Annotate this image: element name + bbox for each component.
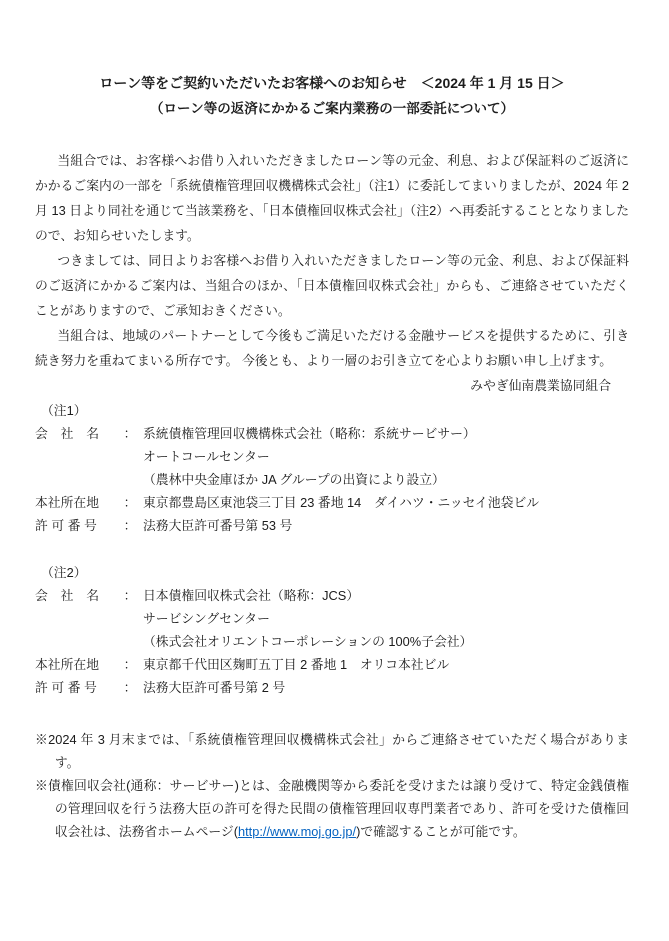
note-2-heading: （注2）: [35, 561, 629, 584]
note-1-license-value: 法務大臣許可番号第 53 号: [143, 514, 629, 537]
note-1-company-label: 会 社 名: [35, 422, 117, 445]
footnote-servicer-definition: ※債権回収会社(通称：サービサー)とは、金融機関等から委託を受けまたは譲り受けて…: [35, 774, 629, 843]
note-1-address-label: 本社所在地: [35, 491, 117, 514]
page-subtitle: （ローン等の返済にかかるご案内業務の一部委託について）: [35, 96, 629, 122]
note-2-center-label: [35, 607, 117, 630]
paragraph-contact-notice: つきましては、同日よりお客様へお借り入れいただきましたローン等の元金、利息、およ…: [35, 248, 629, 323]
note-1-company-colon: ：: [117, 422, 143, 445]
note-1-row-company: 会 社 名 ： 系統債権管理回収機構株式会社（略称：系統サービサー）: [35, 422, 629, 445]
note-1-section: （注1） 会 社 名 ： 系統債権管理回収機構株式会社（略称：系統サービサー） …: [35, 399, 629, 537]
note-2-row-parent: （株式会社オリエントコーポレーションの 100%子会社）: [35, 630, 629, 653]
note-1-company-value: 系統債権管理回収機構株式会社（略称：系統サービサー）: [143, 422, 629, 445]
footnote-servicer-text-post: )で確認することが可能です。: [356, 824, 526, 839]
note-2-company-value: 日本債権回収株式会社（略称：JCS）: [143, 584, 629, 607]
note-2-row-center: サービシングセンター: [35, 607, 629, 630]
signature-organization: みやぎ仙南農業協同組合: [35, 373, 629, 398]
note-1-row-center: オートコールセンター: [35, 445, 629, 468]
note-1-center-label: [35, 445, 117, 468]
paragraph-delegation-notice: 当組合では、お客様へお借り入れいただきましたローン等の元金、利息、および保証料の…: [35, 148, 629, 248]
note-2-row-license: 許 可 番 号 ： 法務大臣許可番号第 2 号: [35, 676, 629, 699]
note-1-center-colon: [117, 445, 143, 468]
note-2-center-value: サービシングセンター: [143, 607, 629, 630]
note-1-address-colon: ：: [117, 491, 143, 514]
note-2-company-label: 会 社 名: [35, 584, 117, 607]
moj-homepage-link[interactable]: http://www.moj.go.jp/: [238, 824, 356, 839]
note-2-row-company: 会 社 名 ： 日本債権回収株式会社（略称：JCS）: [35, 584, 629, 607]
note-1-establishment-colon: [117, 468, 143, 491]
note-1-row-license: 許 可 番 号 ： 法務大臣許可番号第 53 号: [35, 514, 629, 537]
note-2-parent-label: [35, 630, 117, 653]
note-2-address-colon: ：: [117, 653, 143, 676]
note-2-parent-colon: [117, 630, 143, 653]
note-2-section: （注2） 会 社 名 ： 日本債権回収株式会社（略称：JCS） サービシングセン…: [35, 561, 629, 699]
note-2-center-colon: [117, 607, 143, 630]
note-2-address-label: 本社所在地: [35, 653, 117, 676]
page-title: ローン等をご契約いただいたお客様へのお知らせ ＜2024 年 1 月 15 日＞: [35, 70, 629, 96]
note-2-parent-value: （株式会社オリエントコーポレーションの 100%子会社）: [143, 630, 629, 653]
note-1-row-establishment: （農林中央金庫ほか JA グループの出資により設立）: [35, 468, 629, 491]
note-1-row-address: 本社所在地 ： 東京都豊島区東池袋三丁目 23 番地 14 ダイハツ・ニッセイ池…: [35, 491, 629, 514]
note-1-establishment-value: （農林中央金庫ほか JA グループの出資により設立）: [143, 468, 629, 491]
footnote-transition-period: ※2024 年 3 月末までは、「系統債権管理回収機構株式会社」からご連絡させて…: [35, 728, 629, 774]
footnotes-section: ※2024 年 3 月末までは、「系統債権管理回収機構株式会社」からご連絡させて…: [35, 728, 629, 843]
note-2-company-colon: ：: [117, 584, 143, 607]
note-2-license-value: 法務大臣許可番号第 2 号: [143, 676, 629, 699]
note-1-license-label: 許 可 番 号: [35, 514, 117, 537]
note-2-license-colon: ：: [117, 676, 143, 699]
body-text: 当組合では、お客様へお借り入れいただきましたローン等の元金、利息、および保証料の…: [35, 148, 629, 398]
note-2-address-value: 東京都千代田区麹町五丁目 2 番地 1 オリコ本社ビル: [143, 653, 629, 676]
note-1-license-colon: ：: [117, 514, 143, 537]
note-2-license-label: 許 可 番 号: [35, 676, 117, 699]
note-2-row-address: 本社所在地 ： 東京都千代田区麹町五丁目 2 番地 1 オリコ本社ビル: [35, 653, 629, 676]
note-1-heading: （注1）: [35, 399, 629, 422]
note-1-address-value: 東京都豊島区東池袋三丁目 23 番地 14 ダイハツ・ニッセイ池袋ビル: [143, 491, 629, 514]
note-1-center-value: オートコールセンター: [143, 445, 629, 468]
note-1-establishment-label: [35, 468, 117, 491]
paragraph-closing: 当組合は、地域のパートナーとして今後もご満足いただける金融サービスを提供するため…: [35, 323, 629, 373]
document-page: ローン等をご契約いただいたお客様へのお知らせ ＜2024 年 1 月 15 日＞…: [0, 0, 669, 941]
